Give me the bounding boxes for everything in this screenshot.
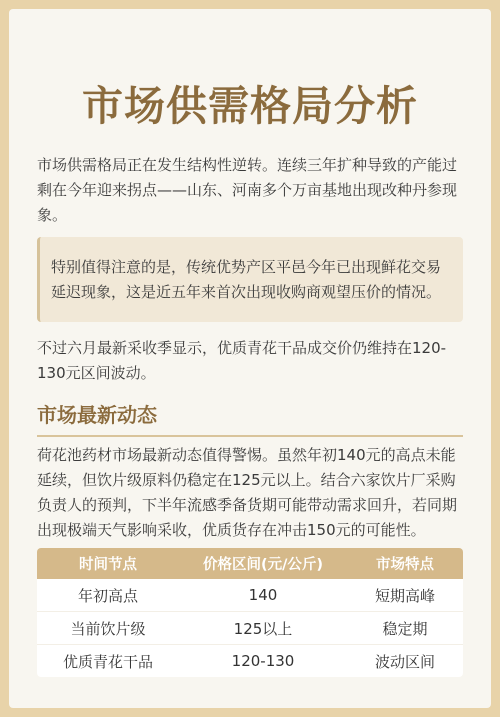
- table-cell: 120-130: [179, 652, 347, 670]
- page-title: 市场供需格局分析: [9, 81, 491, 131]
- highlight-callout: 特别值得注意的是，传统优势产区平邑今年已出现鲜花交易延迟现象，这是近五年来首次出…: [37, 237, 463, 322]
- table-header-cell: 价格区间(元/公斤): [179, 553, 347, 574]
- table-cell: 短期高峰: [347, 585, 463, 606]
- market-update-paragraph: 荷花池药材市场最新动态值得警惕。虽然年初140元的高点未能延续，但饮片级原料仍稳…: [37, 443, 465, 543]
- table-row: 优质青花干品 120-130 波动区间: [37, 644, 463, 677]
- price-table: 时间节点 价格区间(元/公斤) 市场特点 年初高点 140 短期高峰 当前饮片级…: [37, 548, 463, 677]
- intro-paragraph: 市场供需格局正在发生结构性逆转。连续三年扩种导致的产能过剩在今年迎来拐点——山东…: [37, 153, 465, 228]
- table-header-row: 时间节点 价格区间(元/公斤) 市场特点: [37, 548, 463, 579]
- table-cell: 稳定期: [347, 618, 463, 639]
- price-note-paragraph: 不过六月最新采收季显示，优质青花干品成交价仍维持在120-130元区间波动。: [37, 336, 465, 386]
- table-row: 年初高点 140 短期高峰: [37, 579, 463, 611]
- table-cell: 优质青花干品: [37, 651, 179, 672]
- table-header-cell: 市场特点: [347, 553, 463, 574]
- table-header-cell: 时间节点: [37, 553, 179, 574]
- table-row: 当前饮片级 125以上 稳定期: [37, 611, 463, 644]
- table-cell: 140: [179, 586, 347, 604]
- section-heading: 市场最新动态: [37, 401, 463, 437]
- table-cell: 波动区间: [347, 651, 463, 672]
- table-cell: 125以上: [179, 618, 347, 639]
- table-cell: 当前饮片级: [37, 618, 179, 639]
- table-cell: 年初高点: [37, 585, 179, 606]
- article-card: 市场供需格局分析 市场供需格局正在发生结构性逆转。连续三年扩种导致的产能过剩在今…: [9, 9, 491, 708]
